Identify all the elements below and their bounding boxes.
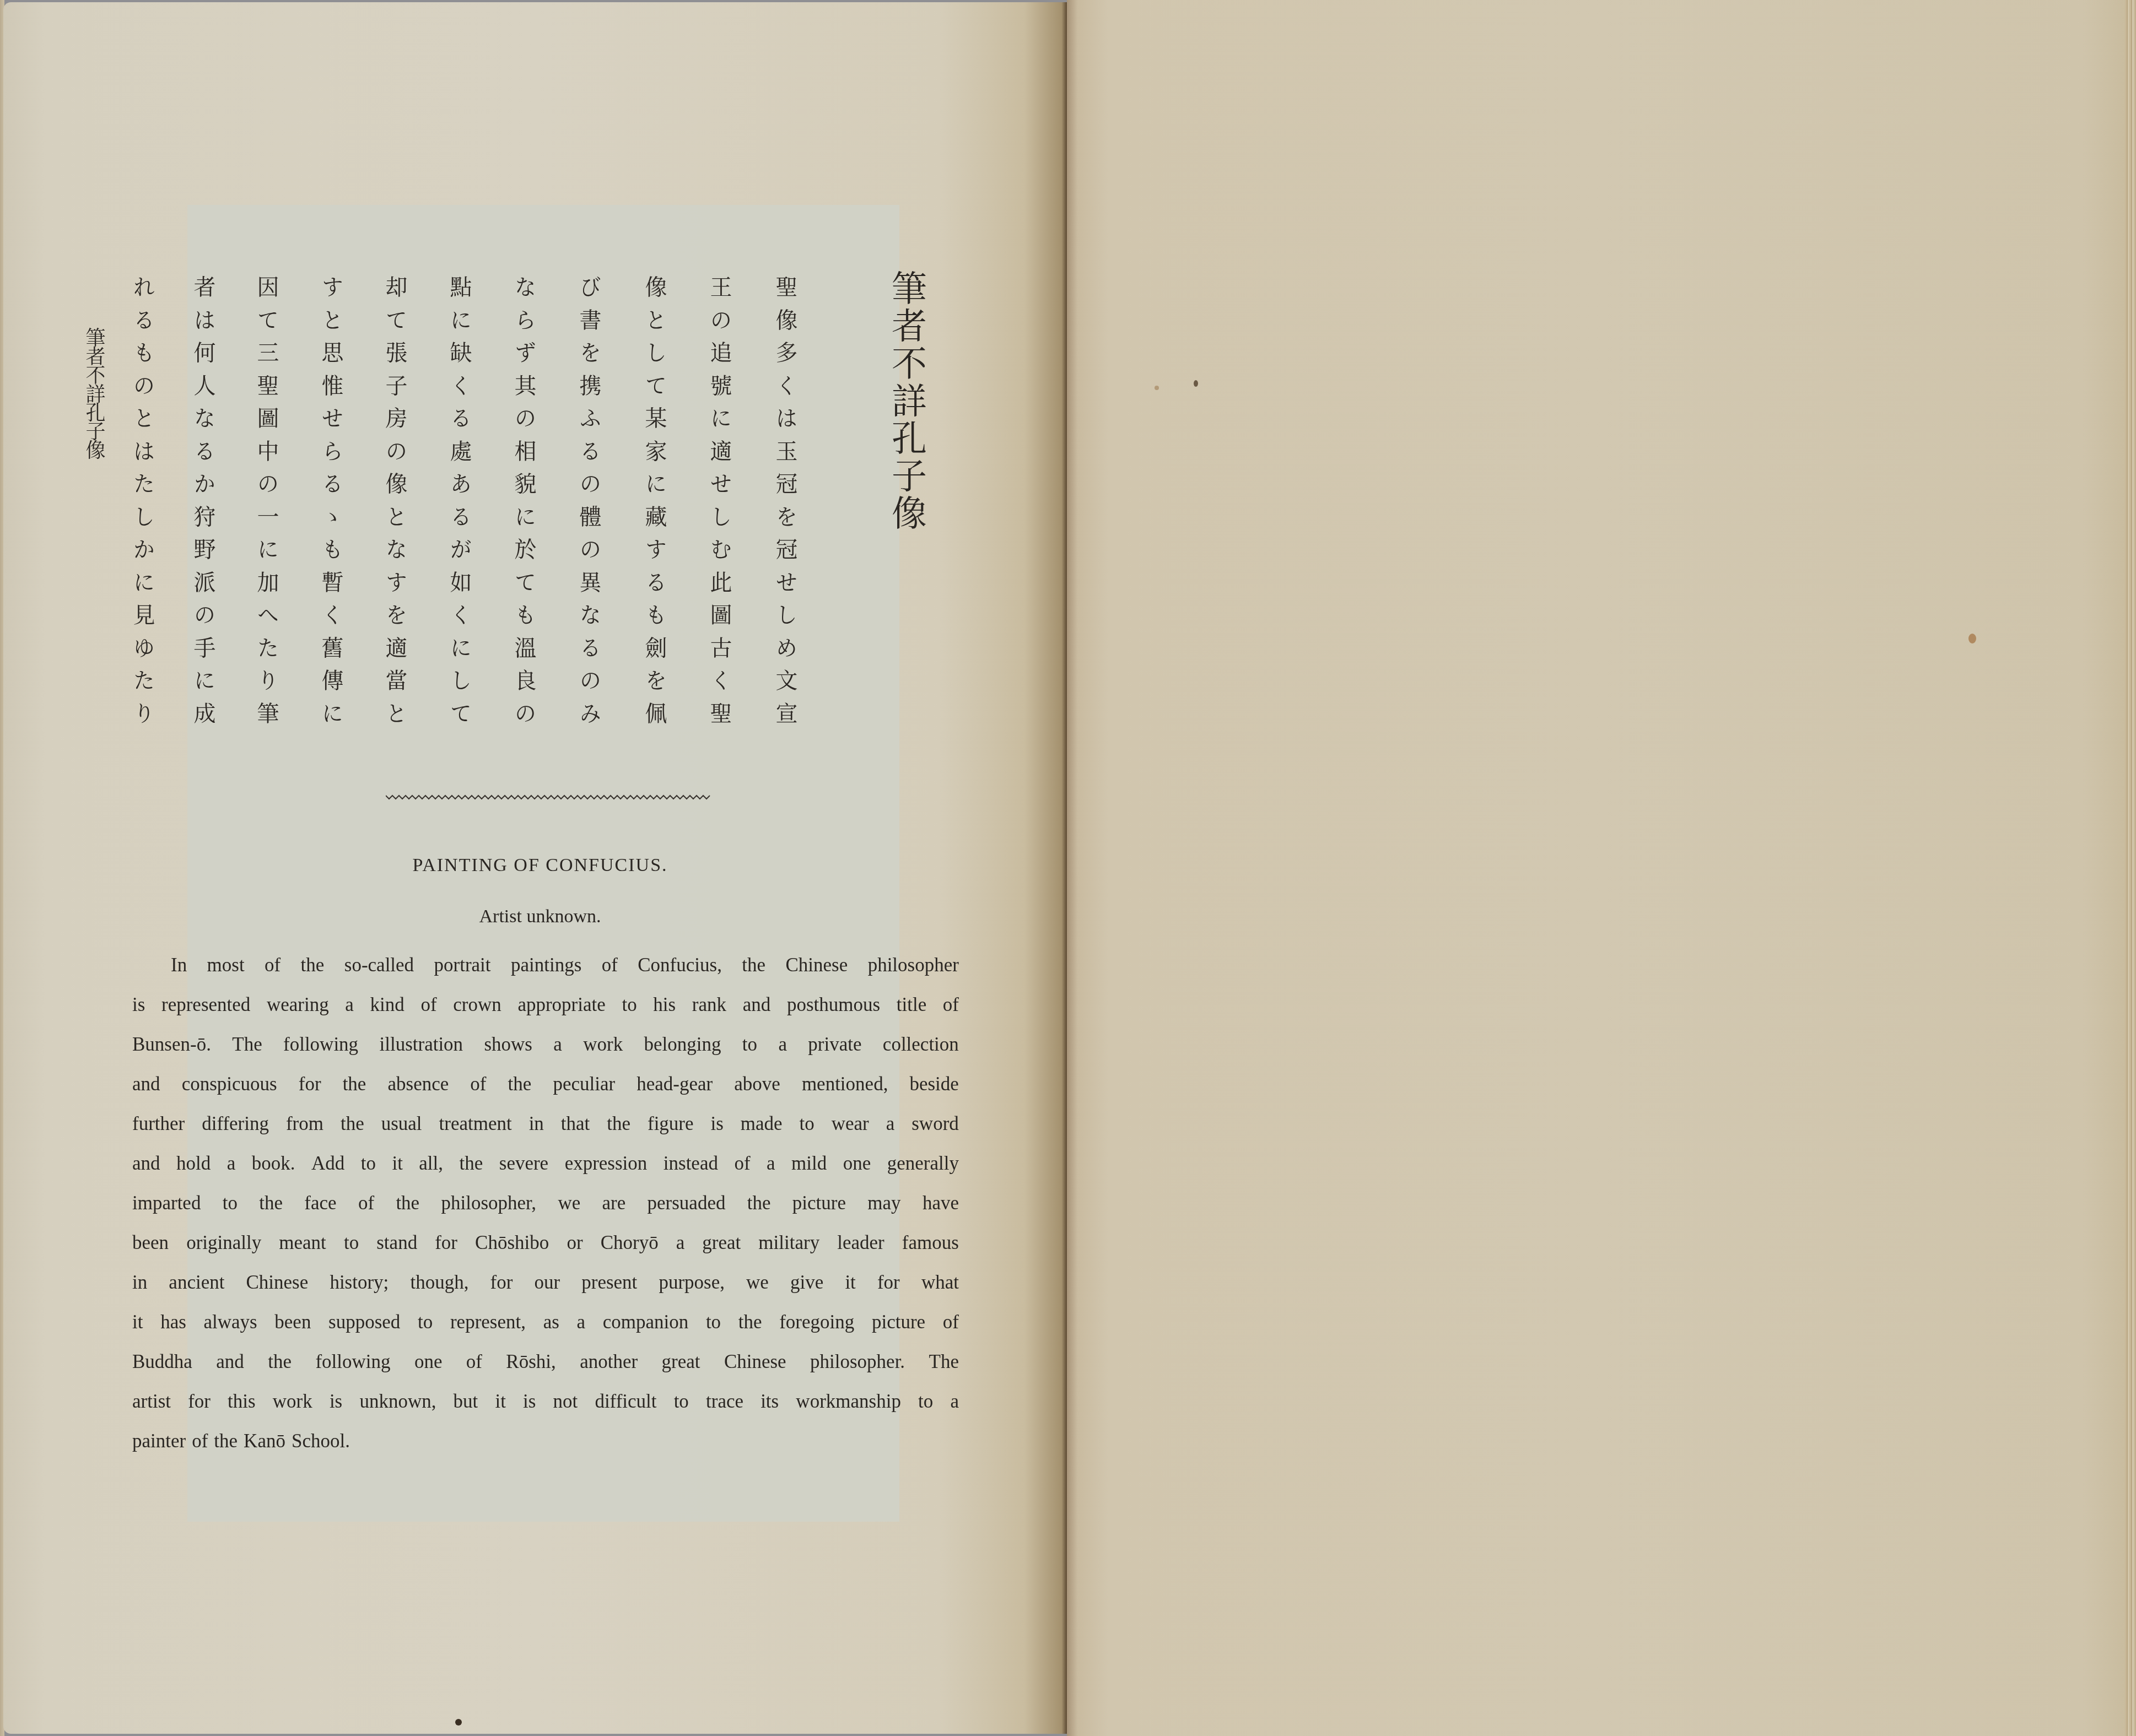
word: that: [561, 1104, 590, 1144]
word: of: [420, 985, 436, 1025]
word: and: [743, 985, 771, 1025]
word: following: [315, 1342, 390, 1382]
word: the: [742, 945, 765, 985]
body-line: artistforthisworkisunknown,butitisnotdif…: [132, 1382, 959, 1421]
word: posthumous: [787, 985, 880, 1025]
word: work: [583, 1025, 623, 1064]
word: expression: [565, 1144, 648, 1183]
word: not: [553, 1382, 578, 1421]
word: to: [918, 1382, 933, 1421]
word: and: [132, 1144, 160, 1183]
word: the: [214, 1421, 238, 1461]
word: all,: [419, 1144, 443, 1183]
word: treatment: [439, 1104, 512, 1144]
japanese-column: 却て張子房の像となすを適當と: [384, 275, 406, 734]
paper-speck: [1194, 380, 1198, 387]
word: but: [454, 1382, 478, 1421]
japanese-column: 因て三聖圖中の一に加へたり筆: [255, 275, 277, 734]
word: a: [676, 1223, 685, 1263]
word: following: [283, 1025, 358, 1064]
word: the: [301, 945, 325, 985]
japanese-column: すと思惟せらるゝも暫く舊傳に: [320, 275, 342, 734]
word: absence: [387, 1064, 449, 1104]
word: title: [897, 985, 926, 1025]
word: another: [580, 1342, 638, 1382]
body-line: Inmostoftheso-calledportraitpaintingsofC…: [132, 945, 959, 985]
word: the: [747, 1183, 771, 1223]
word: history;: [330, 1263, 389, 1302]
word: the: [460, 1144, 483, 1183]
word: has: [160, 1302, 186, 1342]
word: represented: [161, 985, 250, 1025]
word: picture: [792, 1183, 846, 1223]
word: above: [734, 1064, 780, 1104]
word: foregoing: [779, 1302, 854, 1342]
word: present: [581, 1263, 637, 1302]
word: to: [622, 985, 637, 1025]
word: what: [921, 1263, 959, 1302]
word: usual: [381, 1104, 422, 1144]
word: a: [778, 1025, 787, 1064]
paper-stain: [1155, 386, 1159, 390]
word: been: [274, 1302, 311, 1342]
word: to: [706, 1302, 721, 1342]
word: the: [343, 1064, 366, 1104]
word: Add: [311, 1144, 344, 1183]
word: Chinese: [724, 1342, 786, 1382]
word: originally: [186, 1223, 261, 1263]
word: of: [943, 1302, 959, 1342]
word: crown: [453, 985, 501, 1025]
word: imparted: [132, 1183, 201, 1223]
word: our: [534, 1263, 560, 1302]
word: collection: [883, 1025, 959, 1064]
word: of: [734, 1144, 750, 1183]
body-line: isrepresentedwearingakindofcrownappropri…: [132, 985, 959, 1025]
running-head: 筆者不詳孔子像: [80, 327, 108, 458]
word: Kanō: [244, 1421, 285, 1461]
japanese-column: 王の追號に適せしむ此圖古く聖: [708, 275, 730, 734]
word: companion: [603, 1302, 689, 1342]
word: ancient: [169, 1263, 224, 1302]
word: instead: [664, 1144, 718, 1183]
body-line: andholdabook.Addtoitall,thesevereexpress…: [132, 1144, 959, 1183]
word: a: [345, 985, 354, 1025]
word: illustration: [379, 1025, 463, 1064]
english-body: Inmostoftheso-calledportraitpaintingsofC…: [132, 945, 959, 1461]
word: it: [132, 1302, 143, 1342]
word: kind: [370, 985, 404, 1025]
word: the: [508, 1064, 532, 1104]
word: painter: [132, 1421, 186, 1461]
word: Chinese: [246, 1263, 309, 1302]
word: for: [299, 1064, 321, 1104]
word: for: [877, 1263, 900, 1302]
japanese-column: ならず其の相貌に於ても溫良の: [513, 275, 535, 734]
word: philosopher: [868, 945, 959, 985]
word: of: [943, 985, 959, 1025]
word: made: [741, 1104, 783, 1144]
word: for: [435, 1223, 457, 1263]
word: or: [567, 1223, 582, 1263]
word: one: [414, 1342, 443, 1382]
word: The: [232, 1025, 262, 1064]
word: we: [746, 1263, 769, 1302]
word: persuaded: [648, 1183, 726, 1223]
word: may: [867, 1183, 900, 1223]
word: further: [132, 1104, 185, 1144]
word: is: [711, 1104, 724, 1144]
word: conspicuous: [182, 1064, 277, 1104]
word: of: [602, 945, 618, 985]
word: wear: [832, 1104, 869, 1144]
word: Chinese: [785, 945, 848, 985]
word: In: [171, 945, 187, 985]
word: Bunsen-ō.: [132, 1025, 211, 1064]
word: to: [418, 1302, 433, 1342]
word: belonging: [644, 1025, 721, 1064]
word: the: [268, 1342, 292, 1382]
word: Choryō: [601, 1223, 659, 1263]
word: paintings: [511, 945, 581, 985]
word: a: [576, 1302, 585, 1342]
english-title: PAINTING OF CONFUCIUS.: [0, 855, 1080, 876]
word: to: [800, 1104, 815, 1144]
word: to: [674, 1382, 689, 1421]
body-line: impartedtothefaceofthephilosopher,wearep…: [132, 1183, 959, 1223]
paper-stain: [1968, 634, 1976, 643]
word: and: [132, 1064, 160, 1104]
word: hold: [176, 1144, 211, 1183]
right-page-fore-edge: [2125, 0, 2136, 1736]
word: picture: [872, 1302, 925, 1342]
japanese-column: び書を携ふるの體の異なるのみ: [578, 275, 600, 734]
word: figure: [648, 1104, 694, 1144]
japanese-column: 像として某家に藏するも劍を佩: [643, 275, 665, 734]
word: the: [396, 1183, 419, 1223]
word: its: [760, 1382, 779, 1421]
word: been: [132, 1223, 169, 1263]
word: work: [273, 1382, 312, 1421]
word: of: [265, 945, 281, 985]
word: most: [207, 945, 245, 985]
word: a: [950, 1382, 959, 1421]
word: one: [843, 1144, 871, 1183]
word: though,: [410, 1263, 468, 1302]
word: rank: [692, 985, 726, 1025]
word: it: [845, 1263, 855, 1302]
word: beside: [909, 1064, 958, 1104]
english-subtitle: Artist unknown.: [0, 906, 1080, 927]
body-line: Bunsen-ō.Thefollowingillustrationshowsaw…: [132, 1025, 959, 1064]
word: military: [758, 1223, 819, 1263]
word: difficult: [595, 1382, 656, 1421]
word: leader: [837, 1223, 884, 1263]
word: mild: [791, 1144, 827, 1183]
word: a: [227, 1144, 236, 1183]
word: for: [188, 1382, 211, 1421]
word: great: [662, 1342, 700, 1382]
paper-speck: [455, 1719, 462, 1726]
word: to: [361, 1144, 376, 1183]
book-spread: 筆者不詳孔子像 聖像多くは玉冠を冠せしめ文宣 王の追號に適せしむ此圖古く聖 像と…: [0, 0, 2136, 1736]
word: is: [132, 985, 145, 1025]
word: appropriate: [517, 985, 605, 1025]
word: in: [529, 1104, 544, 1144]
word: for: [490, 1263, 513, 1302]
word: of: [192, 1421, 208, 1461]
word: to: [223, 1183, 238, 1223]
word: artist: [132, 1382, 171, 1421]
word: mentioned,: [802, 1064, 888, 1104]
word: from: [286, 1104, 323, 1144]
word: head-gear: [637, 1064, 713, 1104]
word: Chōshibo: [475, 1223, 549, 1263]
word: the: [341, 1104, 364, 1144]
word: is: [523, 1382, 536, 1421]
word: meant: [279, 1223, 326, 1263]
word: to: [742, 1025, 757, 1064]
word: as: [543, 1302, 559, 1342]
word: sword: [911, 1104, 959, 1144]
word: purpose,: [659, 1263, 725, 1302]
word: face: [304, 1183, 336, 1223]
word: The: [929, 1342, 959, 1382]
word: a: [553, 1025, 562, 1064]
word: have: [923, 1183, 959, 1223]
word: of: [358, 1183, 374, 1223]
body-line: inancientChinesehistory;though,forourpre…: [132, 1263, 959, 1302]
word: philosopher,: [441, 1183, 536, 1223]
word: and: [216, 1342, 244, 1382]
word: it: [495, 1382, 505, 1421]
word: Rōshi,: [506, 1342, 555, 1382]
word: unknown,: [359, 1382, 436, 1421]
word: private: [808, 1025, 861, 1064]
word: in: [132, 1263, 147, 1302]
word: School.: [292, 1421, 350, 1461]
word: Confucius,: [638, 945, 722, 985]
japanese-column: 點に缺くる處あるが如くにして: [448, 275, 470, 734]
word: of: [466, 1342, 482, 1382]
word: severe: [499, 1144, 548, 1183]
word: the: [738, 1302, 762, 1342]
word: is: [330, 1382, 342, 1421]
japanese-column: れるものとはたしかに見ゆたり: [131, 275, 153, 734]
word: portrait: [434, 945, 491, 985]
word: trace: [706, 1382, 743, 1421]
word: we: [558, 1183, 580, 1223]
word: differing: [202, 1104, 269, 1144]
word: philosopher.: [810, 1342, 905, 1382]
word: it: [392, 1144, 402, 1183]
japanese-column: 聖像多くは玉冠を冠せしめ文宣: [774, 275, 796, 734]
wavy-rule-ornament: [386, 793, 711, 801]
word: his: [653, 985, 676, 1025]
body-line: furtherdifferingfromtheusualtreatmentint…: [132, 1104, 959, 1144]
body-line: ithasalwaysbeensupposedtorepresent,asaco…: [132, 1302, 959, 1342]
word: always: [203, 1302, 257, 1342]
word: a: [767, 1144, 775, 1183]
word: wearing: [267, 985, 329, 1025]
body-line: painteroftheKanōSchool.: [132, 1421, 959, 1461]
word: this: [228, 1382, 256, 1421]
word: represent,: [450, 1302, 526, 1342]
word: a: [886, 1104, 895, 1144]
word: great: [702, 1223, 741, 1263]
word: the: [607, 1104, 630, 1144]
right-page: [1067, 0, 2125, 1736]
word: generally: [887, 1144, 959, 1183]
word: so-called: [344, 945, 414, 985]
word: to: [344, 1223, 359, 1263]
japanese-title: 筆者不詳孔子像: [881, 270, 931, 532]
word: the: [259, 1183, 283, 1223]
word: peculiar: [553, 1064, 615, 1104]
body-line: beenoriginallymeanttostandforChōshiboorC…: [132, 1223, 959, 1263]
word: Buddha: [132, 1342, 192, 1382]
word: give: [790, 1263, 823, 1302]
japanese-column: 者は何人なるか狩野派の手に成: [192, 275, 214, 734]
word: workmanship: [796, 1382, 901, 1421]
body-line: andconspicuousfortheabsenceofthepeculiar…: [132, 1064, 959, 1104]
word: of: [470, 1064, 486, 1104]
word: stand: [376, 1223, 417, 1263]
word: shows: [484, 1025, 532, 1064]
word: are: [602, 1183, 626, 1223]
word: book.: [252, 1144, 295, 1183]
word: supposed: [328, 1302, 400, 1342]
word: famous: [902, 1223, 959, 1263]
body-line: BuddhaandthefollowingoneofRōshi,anotherg…: [132, 1342, 959, 1382]
